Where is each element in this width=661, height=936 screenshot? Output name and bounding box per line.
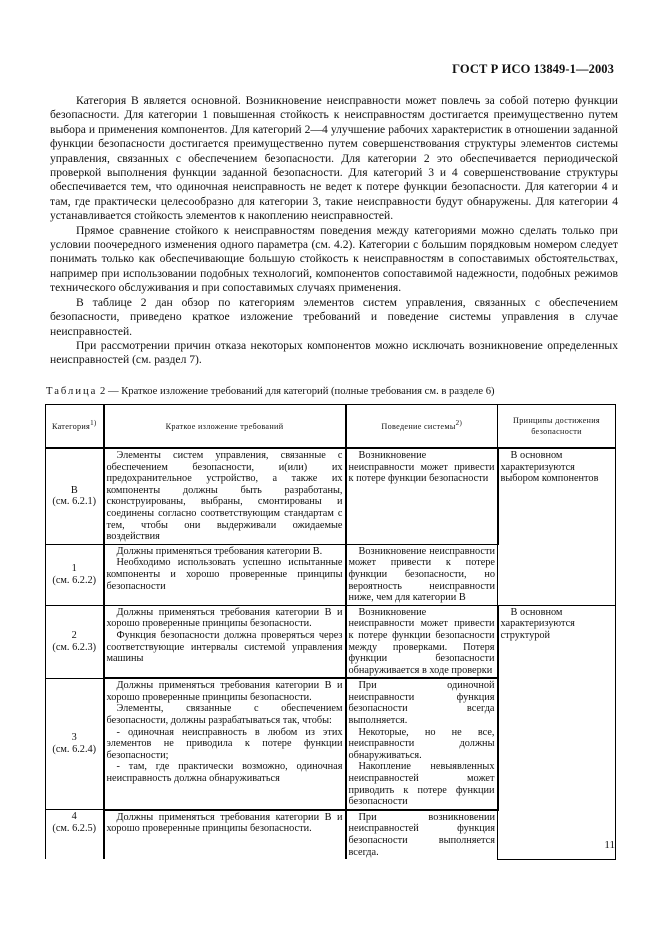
requirements-cell: Должны применяться требования категории …: [104, 678, 346, 810]
behavior-cell: При одиночной неисправности функция безо…: [346, 678, 498, 810]
category-code: 1: [48, 563, 101, 575]
table-row: 2 (см. 6.2.3) Должны применяться требова…: [46, 605, 616, 678]
header-category: Категория1): [46, 405, 104, 449]
behavior-cell: При возникновении неисправностей функция…: [346, 810, 498, 859]
document-code-header: ГОСТ Р ИСО 13849-1—2003: [452, 62, 614, 77]
table-caption-label: Таблица: [46, 386, 97, 397]
category-cell: 2 (см. 6.2.3): [46, 605, 104, 678]
category-code: B: [48, 485, 101, 497]
table-caption-text: 2 — Краткое изложение требований для кат…: [97, 386, 494, 397]
table-header-row: Категория1) Краткое изложение требований…: [46, 405, 616, 449]
page-number: 11: [604, 839, 615, 851]
table-row: B (см. 6.2.1) Элементы систем управления…: [46, 448, 616, 544]
header-principles: Принципы достижения безопасности: [498, 405, 616, 449]
requirements-cell: Элементы систем управления, связанные с …: [104, 448, 346, 544]
category-reference: (см. 6.2.3): [48, 642, 101, 654]
category-code: 3: [48, 732, 101, 744]
requirements-cell: Должны применяться требования категории …: [104, 605, 346, 678]
category-cell: 3 (см. 6.2.4): [46, 678, 104, 810]
behavior-cell: Возникновение неисправности может привес…: [346, 605, 498, 678]
requirements-table: Категория1) Краткое изложение требований…: [45, 404, 616, 860]
category-reference: (см. 6.2.4): [48, 744, 101, 756]
principles-cell: В основном характеризуются структурой: [498, 605, 616, 859]
paragraph-direct-comparison: Прямое сравнение стойкого к неисправност…: [50, 224, 618, 296]
header-behavior: Поведение системы2): [346, 405, 498, 449]
behavior-cell: Возникновение неисправности может привес…: [346, 544, 498, 605]
paragraph-fault-exclusion: При рассмотрении причин отказа некоторых…: [50, 339, 618, 368]
category-cell: B (см. 6.2.1): [46, 448, 104, 544]
category-cell: 4 (см. 6.2.5): [46, 810, 104, 859]
requirements-cell: Должны применяться требования категории …: [104, 544, 346, 605]
header-requirements: Краткое изложение требований: [104, 405, 346, 449]
paragraph-categories-overview: Категория В является основной. Возникнов…: [50, 94, 618, 224]
category-reference: (см. 6.2.1): [48, 496, 101, 508]
category-reference: (см. 6.2.2): [48, 575, 101, 587]
category-code: 2: [48, 630, 101, 642]
behavior-cell: Возникновение неисправности может привес…: [346, 448, 498, 544]
body-text: Категория В является основной. Возникнов…: [50, 94, 618, 368]
principles-cell: В основном характеризуются выбором компо…: [498, 448, 616, 605]
category-reference: (см. 6.2.5): [48, 823, 101, 835]
category-cell: 1 (см. 6.2.2): [46, 544, 104, 605]
requirements-cell: Должны применяться требования категории …: [104, 810, 346, 859]
category-code: 4: [48, 811, 101, 823]
paragraph-table-intro: В таблице 2 дан обзор по категориям элем…: [50, 296, 618, 339]
table-caption: Таблица 2 — Краткое изложение требований…: [46, 386, 495, 397]
